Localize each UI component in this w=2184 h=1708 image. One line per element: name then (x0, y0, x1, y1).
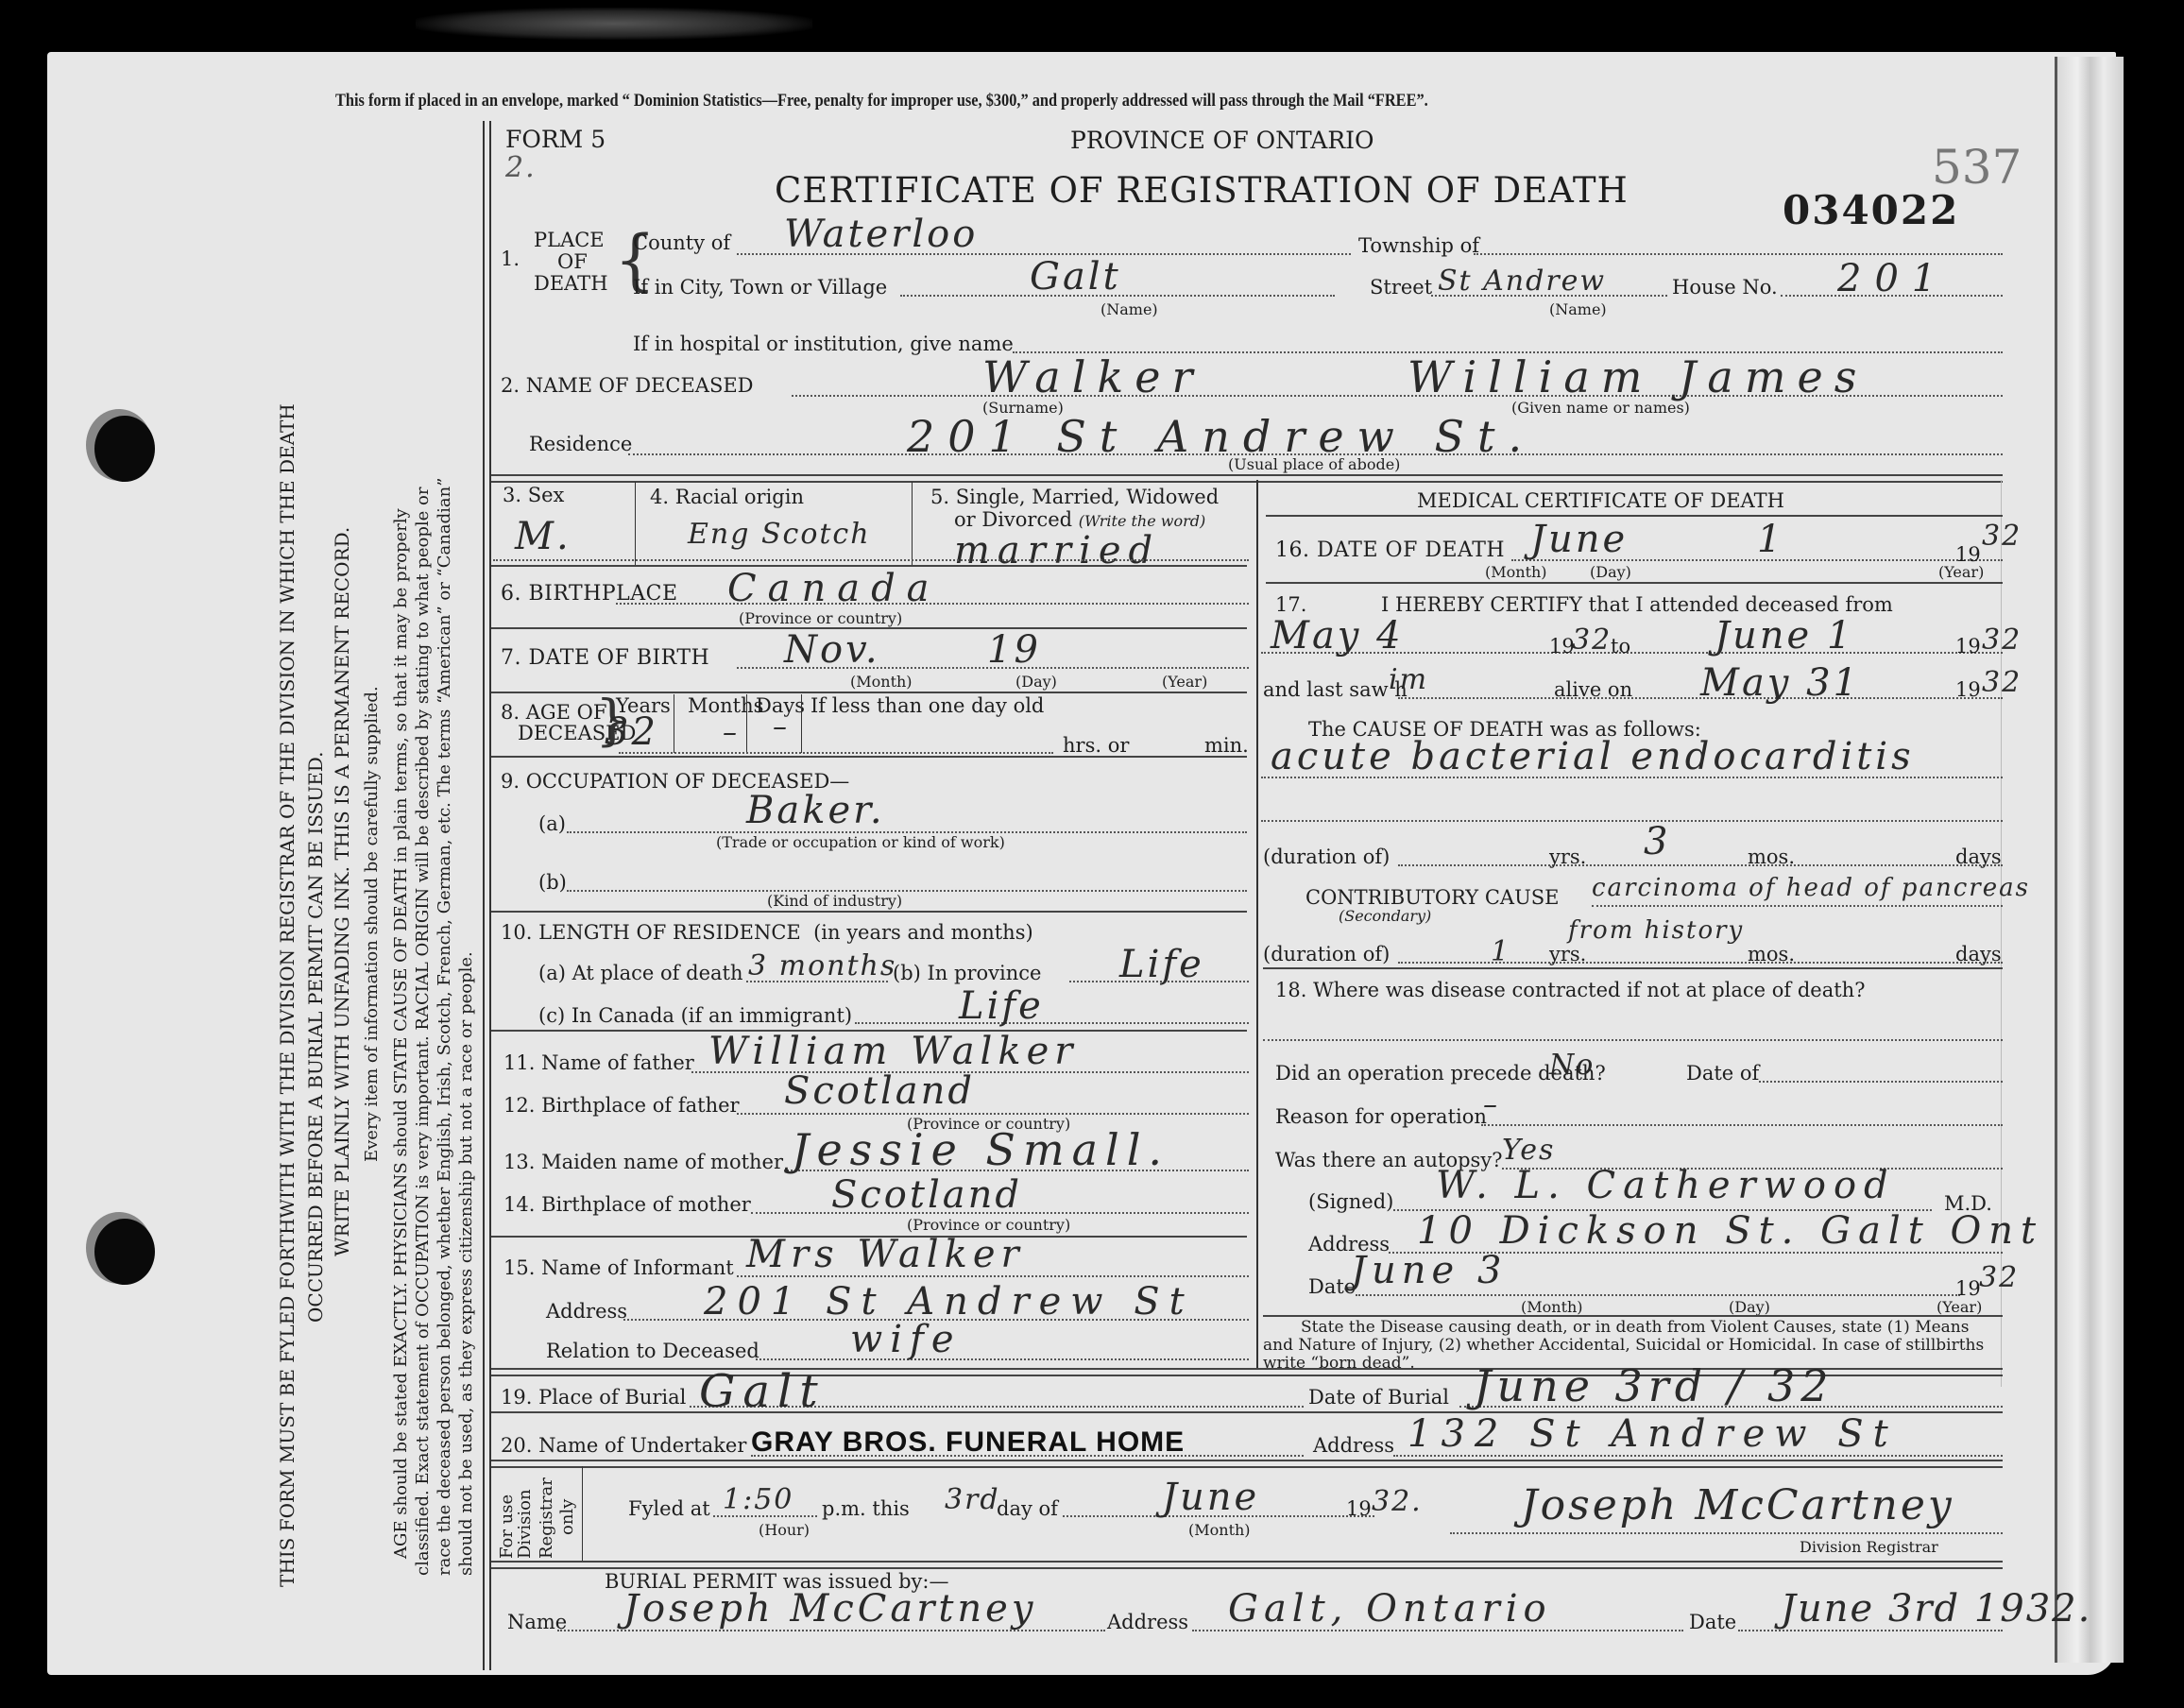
permit-issuer-name[interactable]: Joseph McCartney (623, 1587, 1036, 1631)
divider-9-10 (491, 911, 1247, 913)
permit-address-label: Address (1107, 1611, 1188, 1633)
operation-date-line (1759, 1081, 2003, 1083)
cause-line-2 (1261, 820, 2003, 822)
certificate-title: CERTIFICATE OF REGISTRATION OF DEATH (775, 170, 1629, 211)
divorced-label: or Divorced (954, 508, 1072, 531)
dob-day-value[interactable]: 19 (987, 628, 1041, 672)
date-of-death-label: 16. DATE OF DEATH (1275, 538, 1505, 562)
occupation-a-value[interactable]: Baker. (746, 789, 885, 832)
physician-address-value[interactable]: 10 Dickson St. Galt Ont (1417, 1209, 2043, 1253)
racial-origin-label: 4. Racial origin (650, 486, 804, 508)
surname-value[interactable]: Walker (982, 351, 1204, 402)
divider-8-9 (491, 756, 1247, 758)
hospital-label: If in hospital or institution, give name (633, 333, 1014, 355)
father-birthplace-value[interactable]: Scotland (784, 1069, 975, 1113)
side-instruction-1: THIS FORM MUST BE FYLED FORTHWITH WITH T… (276, 403, 299, 1587)
house-number-value[interactable]: 201 (1837, 257, 1949, 300)
primary-mos-value[interactable]: 3 (1644, 820, 1670, 863)
place-label: PLACE (534, 229, 605, 251)
medical-note-divider (1263, 1315, 2003, 1317)
registrar-side-label-3: Registrar (537, 1477, 556, 1559)
hour-caption: (Hour) (759, 1521, 810, 1539)
dod-month-caption: (Month) (1485, 563, 1547, 581)
at-place-of-death-label: (a) At place of death (538, 962, 742, 984)
contributory-duration-line (1398, 962, 2003, 964)
divider-above-registrar (491, 1460, 2003, 1468)
min-label: min. (1204, 734, 1249, 757)
hrs-label: hrs. or (1063, 734, 1129, 757)
fyled-year-prefix: 19 (1346, 1497, 1372, 1520)
last-saw-label: and last saw h (1263, 678, 1408, 701)
dob-day-caption: (Day) (1015, 673, 1057, 691)
alive-year[interactable]: 32 (1982, 666, 2022, 699)
divider-17-18 (1263, 967, 2003, 969)
disease-contracted-label: 18. Where was disease contracted if not … (1275, 979, 1865, 1001)
age-line (619, 752, 1053, 754)
date-of-burial-value[interactable]: June 3rd / 32 (1474, 1360, 1834, 1411)
certificate-year[interactable]: 32 (1979, 1261, 2019, 1294)
place-of-death-number: 1. (501, 248, 520, 270)
birthplace-value[interactable]: Canada (727, 567, 941, 610)
in-province-label: (b) In province (893, 962, 1041, 984)
operation-reason-label: Reason for operation (1275, 1105, 1487, 1128)
permit-date-value[interactable]: June 3rd 1932. (1781, 1587, 2091, 1631)
fyled-day-value[interactable]: 3rd (945, 1483, 1000, 1516)
place-of-burial-value[interactable]: Galt (699, 1365, 826, 1418)
dob-month-caption: (Month) (850, 673, 913, 691)
father-name-value[interactable]: William Walker (708, 1030, 1078, 1073)
signed-label: (Signed) (1308, 1190, 1393, 1213)
scan-shadow (416, 8, 812, 40)
permit-date-label: Date (1689, 1611, 1736, 1633)
certificate-date-label: Date (1308, 1275, 1356, 1298)
birthplace-caption: (Province or country) (739, 609, 902, 627)
cert-month-caption: (Month) (1521, 1298, 1583, 1316)
side-instruction-4: Every item of information should be care… (362, 686, 382, 1162)
contributory-yrs-label: yrs. (1549, 943, 1586, 965)
years-value[interactable]: 32 (605, 710, 658, 754)
street-value[interactable]: St Andrew (1438, 265, 1606, 298)
form-left-border (483, 121, 485, 1670)
dod-year-caption: (Year) (1938, 563, 1984, 581)
attended-to-year[interactable]: 32 (1982, 623, 2022, 657)
informant-name-label: 15. Name of Informant (503, 1256, 734, 1279)
less-than-day-label: If less than one day old (810, 694, 1044, 717)
residence-value[interactable]: 201 St Andrew St. (907, 411, 1535, 462)
primary-duration-line (1398, 864, 2003, 866)
last-saw-value[interactable]: im (1389, 663, 1428, 696)
physician-signature[interactable]: W. L. Catherwood (1436, 1164, 1896, 1207)
name-of-deceased-label: 2. NAME OF DECEASED (501, 374, 754, 397)
contributory-yrs-value[interactable]: 1 (1491, 935, 1510, 968)
cause-of-death-value[interactable]: acute bacterial endocarditis (1271, 735, 1915, 778)
attended-to-date[interactable]: June 1 (1715, 614, 1853, 658)
division-registrar-caption: Division Registrar (1800, 1538, 1938, 1556)
day-of-label: day of (997, 1497, 1058, 1520)
mother-birthplace-label: 14. Birthplace of mother (503, 1193, 751, 1216)
relation-label: Relation to Deceased (546, 1340, 759, 1362)
residence-length-hint: (in years and months) (813, 921, 1033, 944)
in-canada-label: (c) In Canada (if an immigrant) (538, 1004, 852, 1027)
primary-mos-label: mos. (1748, 845, 1795, 868)
death-label: DEATH (534, 272, 608, 295)
city-value[interactable]: Galt (1030, 255, 1121, 299)
marital-status-label-2: or Divorced (Write the word) (954, 508, 1205, 531)
given-names-value[interactable]: William James (1408, 351, 1868, 402)
punch-hole-top (94, 416, 155, 482)
undertaker-address-label: Address (1313, 1434, 1394, 1457)
mother-birthplace-caption: (Province or country) (907, 1216, 1070, 1234)
informant-name-value[interactable]: Mrs Walker (746, 1233, 1025, 1276)
date-of-death-day[interactable]: 1 (1757, 518, 1783, 561)
divider-16-17 (1266, 582, 2003, 584)
certify-number: 17. (1275, 593, 1306, 616)
registrar-signature-line (1450, 1532, 2003, 1534)
dod-day-caption: (Day) (1590, 563, 1631, 581)
city-name-caption: (Name) (1101, 300, 1158, 318)
township-line (1474, 253, 2003, 255)
length-of-residence-label: 10. LENGTH OF RESIDENCE (in years and mo… (501, 921, 1033, 944)
township-label: Township of (1358, 234, 1479, 257)
months-days-divider (746, 694, 747, 753)
dob-month-value[interactable]: Nov. (784, 628, 880, 672)
date-of-burial-label: Date of Burial (1308, 1386, 1449, 1409)
place-of-burial-label: 19. Place of Burial (501, 1386, 686, 1409)
undertaker-address-value[interactable]: 132 St Andrew St (1408, 1412, 1898, 1456)
sex-value[interactable]: M. (515, 515, 572, 558)
fyled-at-label: Fyled at (628, 1497, 710, 1520)
fyled-month-value[interactable]: June (1162, 1476, 1259, 1519)
cert-year-caption: (Year) (1937, 1298, 1982, 1316)
alive-year-prefix: 19 (1955, 678, 1981, 701)
autopsy-value[interactable]: Yes (1502, 1134, 1555, 1167)
sex-label: 3. Sex (503, 484, 564, 506)
days-less-divider (801, 694, 802, 753)
duration-of-text: (duration of) (1263, 845, 1390, 868)
stacked-pages-edge (2055, 57, 2124, 1663)
alive-on-label: alive on (1554, 678, 1632, 701)
punch-hole-bottom (94, 1219, 155, 1285)
contributory-line (1592, 905, 2003, 907)
certify-text: I HEREBY CERTIFY that I attended decease… (1381, 593, 1893, 616)
side-instruction-7: race the deceased person belonged, wheth… (435, 478, 454, 1576)
registration-number: 034022 (1783, 187, 1959, 233)
house-number-label: House No. (1672, 276, 1778, 299)
registrar-side-label-2: Division (515, 1489, 535, 1559)
occupation-b-line (567, 890, 1247, 892)
residence-caption: (Usual place of abode) (1228, 455, 1400, 473)
side-instruction-2: OCCURRED BEFORE A BURIAL PERMIT CAN BE I… (304, 752, 327, 1323)
primary-days-label: days (1955, 845, 2002, 868)
certificate-year-prefix: 19 (1955, 1277, 1981, 1300)
alive-on-value[interactable]: May 31 (1700, 661, 1860, 705)
racial-origin-value[interactable]: Eng Scotch (688, 518, 871, 551)
in-canada-line (855, 1022, 1249, 1024)
side-instruction-8: should not be used, as they express citi… (456, 951, 476, 1576)
cert-day-caption: (Day) (1729, 1298, 1770, 1316)
contributory-cause-label: CONTRIBUTORY CAUSE (1305, 886, 1559, 909)
mother-name-label: 13. Maiden name of mother (503, 1151, 783, 1173)
relation-value[interactable]: wife (850, 1318, 962, 1361)
in-province-value[interactable]: Life (1119, 943, 1204, 986)
undertaker-stamp[interactable]: GRAY BROS. FUNERAL HOME (751, 1426, 1185, 1459)
write-word-hint: (Write the word) (1079, 512, 1205, 530)
side-instruction-6: classified. Exact statement of OCCUPATIO… (413, 487, 433, 1577)
primary-duration-label: (duration of) (1263, 845, 1390, 868)
contributory-note[interactable]: from history (1568, 916, 1744, 945)
county-label: County of (633, 231, 730, 254)
at-place-of-death-value[interactable]: 3 months (748, 949, 896, 982)
date-of-death-year[interactable]: 32 (1982, 520, 2022, 553)
registrar-side-label-1: For use (497, 1494, 517, 1559)
form-left-border-inner (489, 121, 491, 1670)
occupation-b-label: (b) (538, 871, 567, 894)
in-canada-value[interactable]: Life (959, 984, 1044, 1028)
contributory-caption: (Secondary) (1339, 907, 1431, 925)
city-label: If in City, Town or Village (633, 276, 887, 299)
form-label: FORM 5 (505, 126, 606, 153)
pm-label: p.m. this (822, 1497, 910, 1520)
contributory-mos-label: mos. (1748, 943, 1795, 965)
mail-notice: This form if placed in an envelope, mark… (335, 91, 1428, 111)
medical-certificate-title: MEDICAL CERTIFICATE OF DEATH (1417, 489, 1784, 512)
sex-race-divider (635, 482, 636, 567)
attended-to-year-prefix: 19 (1955, 635, 1981, 658)
given-names-caption: (Given name or names) (1511, 399, 1690, 417)
occupation-b-caption: (Kind of industry) (767, 892, 902, 910)
months-label: Months (688, 694, 763, 717)
permit-address-value[interactable]: Galt, Ontario (1228, 1587, 1552, 1631)
divider-above-permit (491, 1561, 2003, 1569)
operation-date-label: Date of (1686, 1062, 1759, 1085)
residence-length-title: 10. LENGTH OF RESIDENCE (501, 921, 801, 944)
years-months-divider (674, 694, 674, 753)
registrar-side-divider (582, 1466, 583, 1561)
father-birthplace-label: 12. Birthplace of father (503, 1094, 740, 1117)
fyled-hour-value[interactable]: 1:50 (723, 1483, 793, 1516)
operation-reason-value[interactable]: – (1483, 1088, 1499, 1121)
contributory-duration-label: (duration of) (1263, 943, 1390, 965)
attended-from-date[interactable]: May 4 (1271, 614, 1404, 658)
attended-from-year[interactable]: 32 (1572, 623, 1612, 657)
county-value[interactable]: Waterloo (784, 213, 978, 256)
age-label-1: 8. AGE OF (501, 701, 606, 724)
operation-reason-line (1481, 1124, 2003, 1126)
registrar-side-label-4: only (557, 1499, 577, 1535)
certificate-date-line (1356, 1294, 1960, 1296)
marital-status-label: 5. Single, Married, Widowed (930, 486, 1219, 508)
mother-name-value[interactable]: Jessie Small. (792, 1124, 1169, 1175)
occupation-a-label: (a) (538, 812, 566, 835)
fyled-month-caption: (Month) (1188, 1521, 1251, 1539)
race-marital-divider (912, 482, 913, 567)
divider-below-residence (491, 474, 2003, 483)
medical-title-underline (1266, 515, 2003, 517)
dob-year-caption: (Year) (1162, 673, 1207, 691)
father-name-label: 11. Name of father (503, 1051, 694, 1074)
form-handwritten-number: 2. (505, 151, 537, 184)
attended-from-year-prefix: 19 (1549, 635, 1575, 658)
fyled-year-value[interactable]: 32. (1372, 1485, 1423, 1518)
primary-yrs-label: yrs. (1549, 845, 1586, 868)
mother-birthplace-value[interactable]: Scotland (831, 1173, 1022, 1217)
province-heading: PROVINCE OF ONTARIO (1070, 127, 1374, 154)
attended-to-label: to (1611, 635, 1630, 658)
undertaker-label: 20. Name of Undertaker (501, 1434, 746, 1457)
side-instruction-5: AGE should be stated EXACTLY. PHYSICIANS… (391, 508, 411, 1559)
street-name-caption: (Name) (1549, 300, 1607, 318)
relation-line (756, 1358, 1249, 1360)
months-value[interactable]: – (723, 716, 739, 749)
occupation-a-caption: (Trade or occupation or kind of work) (716, 833, 1005, 851)
street-label: Street (1370, 276, 1432, 299)
operation-value[interactable]: No (1549, 1049, 1595, 1082)
days-value[interactable]: – (773, 710, 789, 743)
sex-line (493, 559, 1249, 561)
of-label: OF (557, 250, 588, 273)
contributory-cause-value[interactable]: carcinoma of head of pancreas (1592, 874, 2030, 902)
side-instruction-3: WRITE PLAINLY WITH UNFADING INK. THIS IS… (331, 527, 353, 1256)
informant-address-label: Address (546, 1300, 627, 1323)
disease-contracted-line (1263, 1039, 2003, 1041)
date-of-death-month[interactable]: June (1530, 518, 1628, 561)
contributory-days-label: days (1955, 943, 2002, 965)
residence-label: Residence (529, 433, 632, 455)
column-divider (1256, 480, 1258, 1368)
date-of-birth-label: 7. DATE OF BIRTH (501, 646, 709, 670)
registrar-signature[interactable]: Joseph McCartney (1521, 1481, 1954, 1529)
certificate-date-value[interactable]: June 3 (1351, 1249, 1507, 1292)
